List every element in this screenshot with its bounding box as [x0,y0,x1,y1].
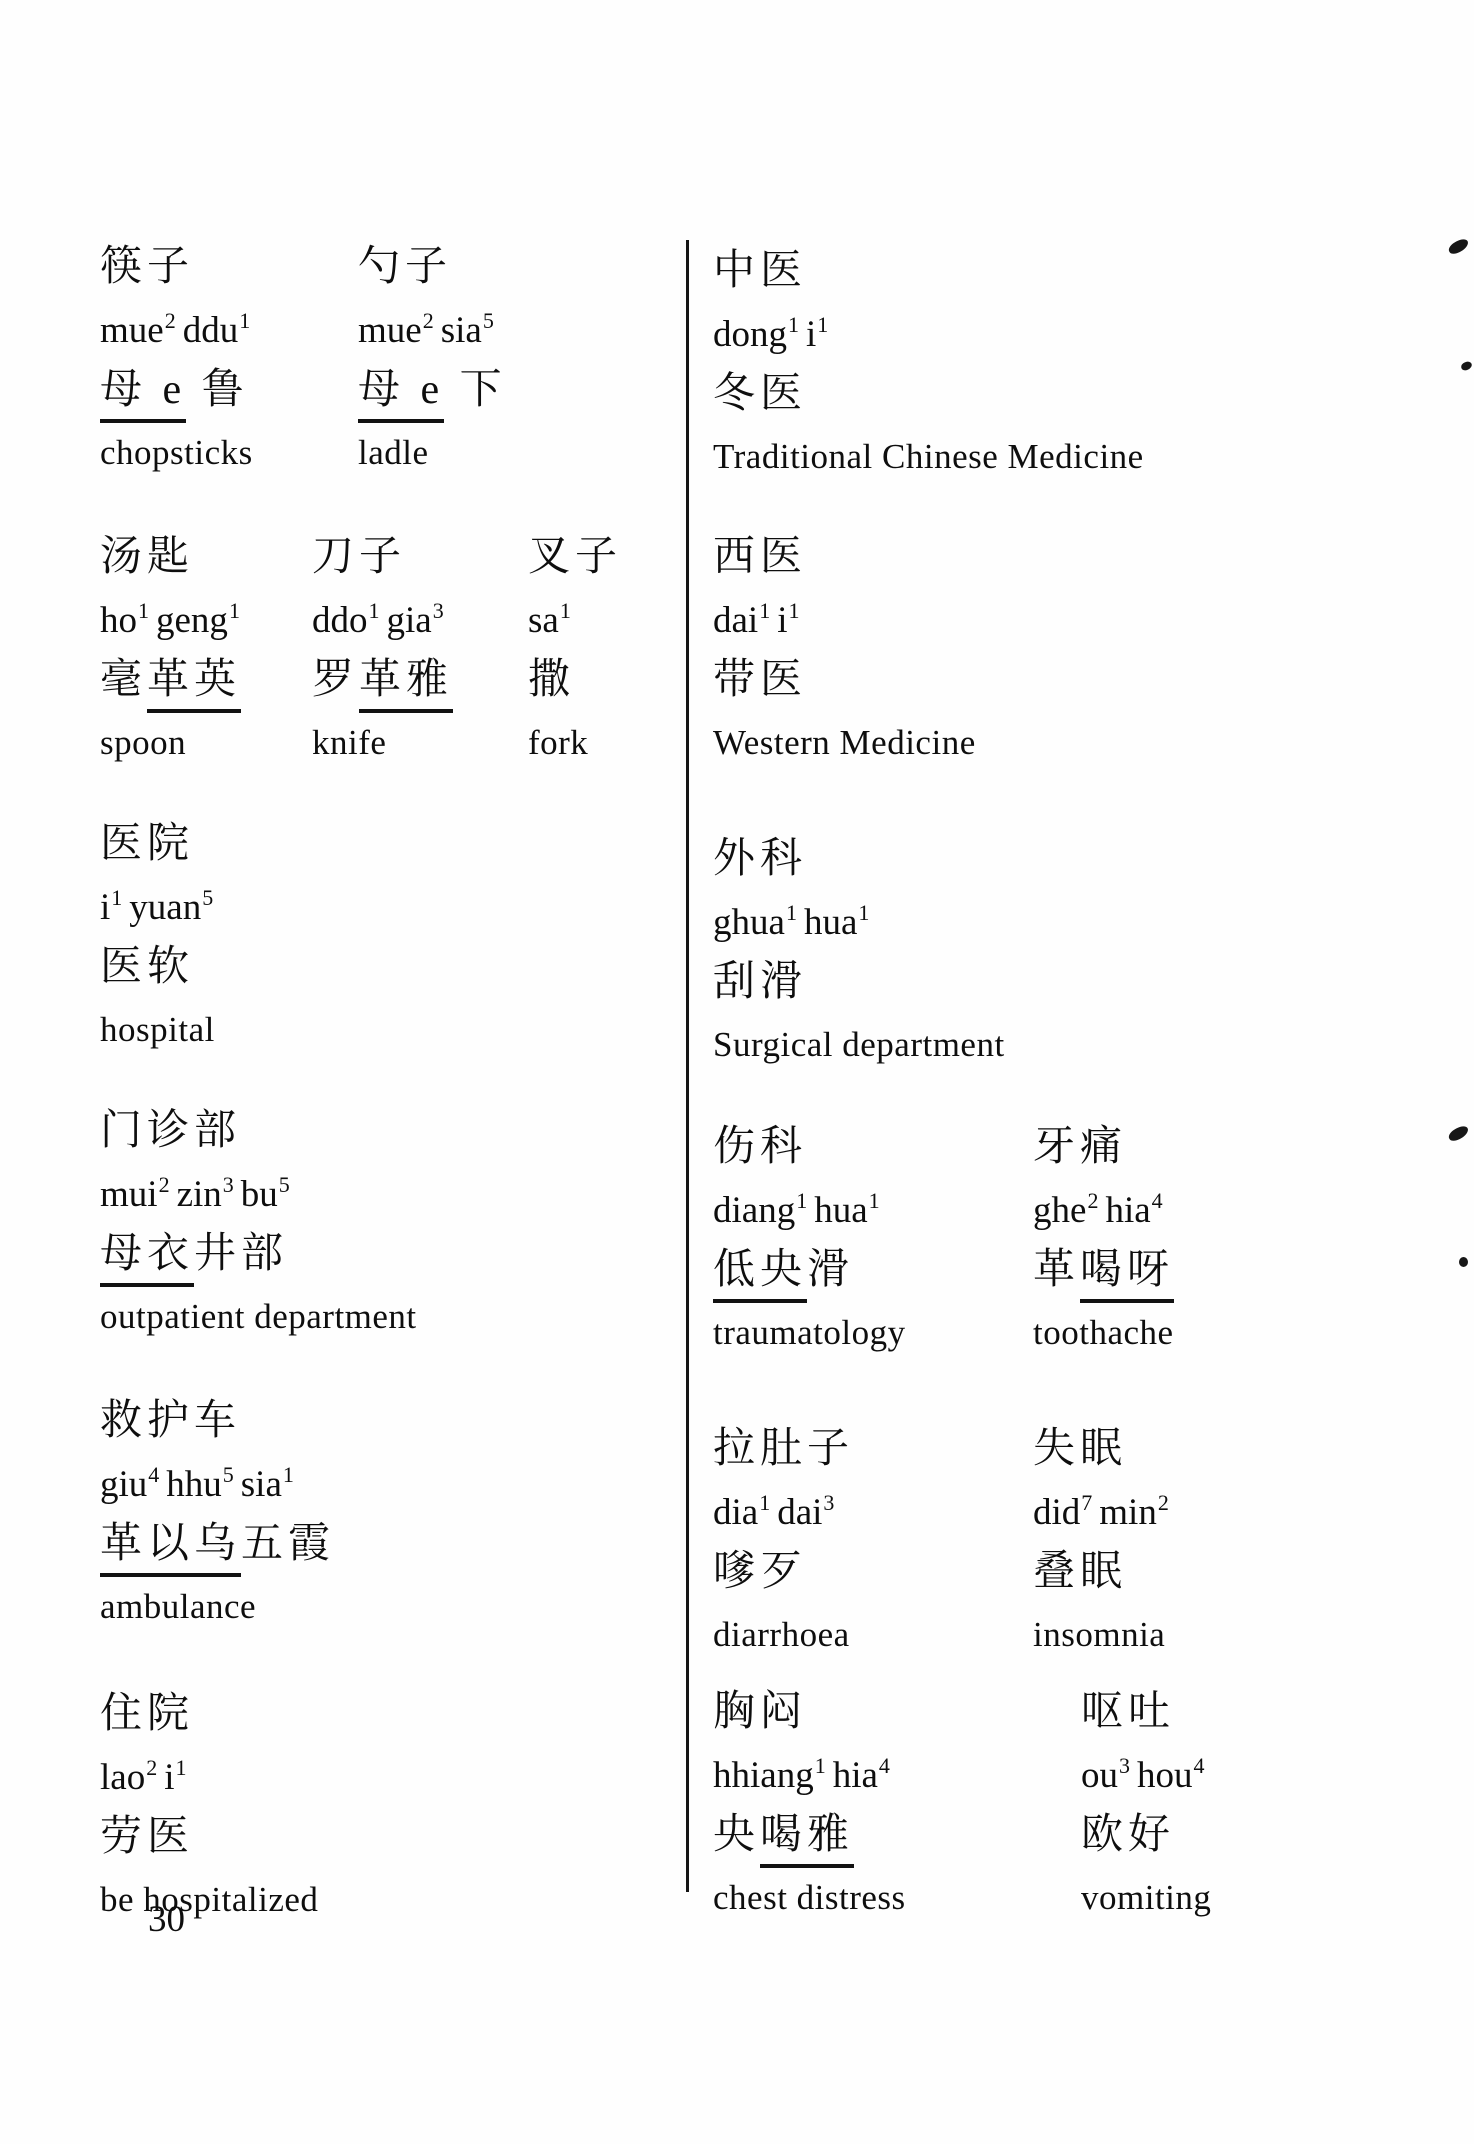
headword-hanzi: 叉子 [528,533,622,593]
english-gloss: be hospitalized [100,1878,318,1922]
romanization: lao2i1 [100,1750,186,1814]
tone-number: 1 [788,598,799,623]
syllable: mue2 [358,303,434,359]
romanization: giu4hhu5sia1 [100,1457,294,1521]
tone-number: 2 [146,1755,157,1780]
romanization: mue2ddu1 [100,303,250,367]
phonetic-hanzi: 嗲歹 [713,1549,807,1613]
phonetic-segment-underlined: 喝呀 [1080,1247,1174,1303]
romanization: dong1i1 [713,307,828,371]
syllable: hhu5 [166,1457,234,1513]
phonetic-segment-underlined: 革雅 [359,657,453,713]
headword-hanzi: 筷子 [100,243,194,303]
tone-number: 1 [759,598,770,623]
syllable: yuan5 [129,880,213,936]
dictionary-entry: 外科ghua1hua1刮滑Surgical department [713,835,1005,1067]
headword-hanzi: 救护车 [100,1397,241,1457]
tone-number: 4 [148,1462,159,1487]
syllable: dai3 [777,1485,834,1541]
syllable: ho1 [100,593,149,649]
romanization: sa1 [528,593,571,657]
phonetic-hanzi: 革以乌五霞 [100,1521,335,1585]
dictionary-entry: 胸闷hhiang1hia4央喝雅chest distress [713,1688,1081,1920]
entry-group: 伤科diang1hua1低央滑traumatology牙痛ghe2hia4革喝呀… [713,1123,1174,1355]
phonetic-segment: 革 [1033,1247,1080,1293]
syllable: hou4 [1137,1748,1205,1804]
phonetic-hanzi: 革喝呀 [1033,1247,1174,1311]
phonetic-segment: 撒 [528,657,575,703]
tone-number: 1 [759,1490,770,1515]
tone-number: 1 [138,598,149,623]
phonetic-segment: 罗 [312,657,359,703]
phonetic-segment-underlined: 母衣 [100,1231,194,1287]
phonetic-segment: 叠眠 [1033,1549,1127,1595]
dictionary-entry: 住院lao2i1劳医be hospitalized [100,1690,318,1922]
headword-hanzi: 牙痛 [1033,1123,1127,1183]
phonetic-hanzi: 罗革雅 [312,657,453,721]
tone-number: 1 [229,598,240,623]
dictionary-entry: 医院i1yuan5医软hospital [100,820,215,1052]
syllable: diang1 [713,1183,807,1239]
romanization: mue2sia5 [358,303,494,367]
entry-group: 医院i1yuan5医软hospital [100,820,215,1052]
english-gloss: ambulance [100,1585,256,1629]
tone-number: 5 [279,1172,290,1197]
tone-number: 1 [786,900,797,925]
romanization: ddo1gia3 [312,593,444,657]
scanned-page: 筷子mue2ddu1母 e 鲁chopsticks勺子mue2sia5母 e 下… [0,0,1474,2144]
phonetic-segment-underlined: 低央 [713,1247,807,1303]
headword-hanzi: 拉肚子 [713,1425,854,1485]
phonetic-segment: 央 [713,1812,760,1858]
syllable: sia1 [241,1457,294,1513]
syllable: mue2 [100,303,176,359]
tone-number: 3 [433,598,444,623]
tone-number: 2 [423,308,434,333]
dictionary-entry: 呕吐ou3hou4欧好vomiting [1081,1688,1211,1920]
headword-hanzi: 医院 [100,820,194,880]
tone-number: 4 [879,1753,890,1778]
romanization: ghua1hua1 [713,895,869,959]
entry-group: 中医dong1i1冬医Traditional Chinese Medicine [713,247,1144,479]
syllable: zin3 [177,1167,234,1223]
dictionary-entry: 叉子sa1撒fork [528,533,622,765]
headword-hanzi: 汤匙 [100,533,194,593]
romanization: hhiang1hia4 [713,1748,890,1812]
headword-hanzi: 住院 [100,1690,194,1750]
tone-number: 3 [223,1172,234,1197]
phonetic-segment: 劳医 [100,1814,194,1860]
entry-group: 住院lao2i1劳医be hospitalized [100,1690,318,1922]
phonetic-hanzi: 刮滑 [713,959,807,1023]
headword-hanzi: 刀子 [312,533,406,593]
dictionary-entry: 刀子ddo1gia3罗革雅knife [312,533,528,765]
syllable: ghe2 [1033,1183,1098,1239]
english-gloss: insomnia [1033,1613,1165,1657]
phonetic-segment: 下 [444,367,507,413]
dictionary-entry: 勺子mue2sia5母 e 下ladle [358,243,507,475]
tone-number: 7 [1081,1490,1092,1515]
ink-speck [1459,1257,1468,1267]
english-gloss: Western Medicine [713,721,976,765]
phonetic-hanzi: 叠眠 [1033,1549,1127,1613]
dictionary-entry: 救护车giu4hhu5sia1革以乌五霞ambulance [100,1397,335,1629]
tone-number: 2 [159,1172,170,1197]
tone-number: 2 [1158,1490,1169,1515]
ink-speck [1447,1124,1471,1144]
dictionary-entry: 牙痛ghe2hia4革喝呀toothache [1033,1123,1174,1355]
phonetic-segment-underlined: 母 e [358,367,444,423]
romanization: diang1hua1 [713,1183,880,1247]
romanization: mui2zin3bu5 [100,1167,290,1231]
headword-hanzi: 伤科 [713,1123,807,1183]
syllable: dong1 [713,307,799,363]
syllable: gia3 [387,593,444,649]
page-number: 30 [148,1898,185,1941]
entry-group: 汤匙ho1geng1毫革英spoon刀子ddo1gia3罗革雅knife叉子sa… [100,533,622,765]
syllable: min2 [1099,1485,1169,1541]
syllable: i1 [777,593,799,649]
ink-speck [1460,360,1473,371]
tone-number: 2 [1087,1188,1098,1213]
english-gloss: Surgical department [713,1023,1005,1067]
english-gloss: hospital [100,1008,215,1052]
column-divider-rule [686,240,689,1892]
romanization: ho1geng1 [100,593,240,657]
entry-group: 拉肚子dia1dai3嗲歹diarrhoea失眠did7min2叠眠insomn… [713,1425,1169,1657]
syllable: hua1 [814,1183,879,1239]
english-gloss: chest distress [713,1876,906,1920]
romanization: ou3hou4 [1081,1748,1205,1812]
phonetic-segment-underlined: 母 e [100,367,186,423]
headword-hanzi: 外科 [713,835,807,895]
syllable: dai1 [713,593,770,649]
syllable: sa1 [528,593,571,649]
dictionary-entry: 拉肚子dia1dai3嗲歹diarrhoea [713,1425,1033,1657]
dictionary-entry: 西医dai1i1带医Western Medicine [713,533,976,765]
tone-number: 1 [796,1188,807,1213]
phonetic-hanzi: 撒 [528,657,575,721]
tone-number: 1 [869,1188,880,1213]
syllable: i1 [164,1750,186,1806]
syllable: did7 [1033,1485,1092,1541]
syllable: mui2 [100,1167,170,1223]
dictionary-entry: 筷子mue2ddu1母 e 鲁chopsticks [100,243,358,475]
dictionary-entry: 汤匙ho1geng1毫革英spoon [100,533,312,765]
tone-number: 3 [823,1490,834,1515]
syllable: ddo1 [312,593,380,649]
english-gloss: fork [528,721,588,765]
phonetic-segment: 滑 [807,1247,854,1293]
tone-number: 1 [239,308,250,333]
tone-number: 1 [111,885,122,910]
syllable: giu4 [100,1457,159,1513]
tone-number: 1 [858,900,869,925]
headword-hanzi: 西医 [713,533,807,593]
phonetic-segment: 嗲歹 [713,1549,807,1595]
phonetic-segment: 鲁 [186,367,249,413]
syllable: i1 [100,880,122,936]
tone-number: 1 [815,1753,826,1778]
phonetic-hanzi: 母 e 下 [358,367,507,431]
tone-number: 1 [817,312,828,337]
phonetic-hanzi: 母衣井部 [100,1231,288,1295]
syllable: geng1 [156,593,240,649]
romanization: did7min2 [1033,1485,1169,1549]
english-gloss: ladle [358,431,429,475]
syllable: ou3 [1081,1748,1130,1804]
tone-number: 1 [175,1755,186,1780]
syllable: ddu1 [183,303,251,359]
syllable: dia1 [713,1485,770,1541]
syllable: hua1 [804,895,869,951]
syllable: hia4 [1105,1183,1162,1239]
phonetic-segment-underlined: 革以乌 [100,1521,241,1577]
english-gloss: traumatology [713,1311,906,1355]
phonetic-segment: 带医 [713,657,807,703]
syllable: i1 [806,307,828,363]
tone-number: 1 [283,1462,294,1487]
headword-hanzi: 失眠 [1033,1425,1127,1485]
phonetic-segment: 欧好 [1081,1812,1175,1858]
entry-group: 门诊部mui2zin3bu5母衣井部outpatient department [100,1107,417,1339]
phonetic-hanzi: 毫革英 [100,657,241,721]
romanization: dia1dai3 [713,1485,834,1549]
entry-group: 救护车giu4hhu5sia1革以乌五霞ambulance [100,1397,335,1629]
ink-speck [1447,237,1471,257]
dictionary-entry: 伤科diang1hua1低央滑traumatology [713,1123,1033,1355]
tone-number: 4 [1194,1753,1205,1778]
syllable: bu5 [241,1167,290,1223]
phonetic-hanzi: 医软 [100,944,194,1008]
syllable: hia4 [833,1748,890,1804]
headword-hanzi: 呕吐 [1081,1688,1175,1748]
phonetic-segment-underlined: 喝雅 [760,1812,854,1868]
tone-number: 5 [483,308,494,333]
phonetic-hanzi: 带医 [713,657,807,721]
phonetic-hanzi: 劳医 [100,1814,194,1878]
tone-number: 5 [202,885,213,910]
tone-number: 2 [165,308,176,333]
dictionary-entry: 门诊部mui2zin3bu5母衣井部outpatient department [100,1107,417,1339]
phonetic-segment: 刮滑 [713,959,807,1005]
headword-hanzi: 胸闷 [713,1688,807,1748]
phonetic-hanzi: 央喝雅 [713,1812,854,1876]
tone-number: 3 [1119,1753,1130,1778]
phonetic-segment: 冬医 [713,371,807,417]
phonetic-hanzi: 冬医 [713,371,807,435]
headword-hanzi: 勺子 [358,243,452,303]
tone-number: 4 [1152,1188,1163,1213]
syllable: lao2 [100,1750,157,1806]
syllable: sia5 [441,303,494,359]
english-gloss: Traditional Chinese Medicine [713,435,1144,479]
entry-group: 筷子mue2ddu1母 e 鲁chopsticks勺子mue2sia5母 e 下… [100,243,507,475]
english-gloss: toothache [1033,1311,1174,1355]
entry-group: 西医dai1i1带医Western Medicine [713,533,976,765]
headword-hanzi: 中医 [713,247,807,307]
syllable: hhiang1 [713,1748,826,1804]
english-gloss: diarrhoea [713,1613,850,1657]
phonetic-hanzi: 母 e 鲁 [100,367,249,431]
phonetic-segment: 医软 [100,944,194,990]
phonetic-hanzi: 低央滑 [713,1247,854,1311]
dictionary-entry: 失眠did7min2叠眠insomnia [1033,1425,1169,1657]
phonetic-segment: 五霞 [241,1521,335,1567]
romanization: dai1i1 [713,593,799,657]
headword-hanzi: 门诊部 [100,1107,241,1167]
english-gloss: chopsticks [100,431,253,475]
english-gloss: knife [312,721,386,765]
tone-number: 5 [223,1462,234,1487]
romanization: ghe2hia4 [1033,1183,1163,1247]
english-gloss: vomiting [1081,1876,1211,1920]
entry-group: 胸闷hhiang1hia4央喝雅chest distress呕吐ou3hou4欧… [713,1688,1211,1920]
romanization: i1yuan5 [100,880,213,944]
syllable: ghua1 [713,895,797,951]
english-gloss: outpatient department [100,1295,417,1339]
phonetic-segment-underlined: 革英 [147,657,241,713]
phonetic-hanzi: 欧好 [1081,1812,1175,1876]
entry-group: 外科ghua1hua1刮滑Surgical department [713,835,1005,1067]
dictionary-entry: 中医dong1i1冬医Traditional Chinese Medicine [713,247,1144,479]
tone-number: 1 [369,598,380,623]
phonetic-segment: 毫 [100,657,147,703]
english-gloss: spoon [100,721,186,765]
tone-number: 1 [560,598,571,623]
phonetic-segment: 井部 [194,1231,288,1277]
tone-number: 1 [788,312,799,337]
